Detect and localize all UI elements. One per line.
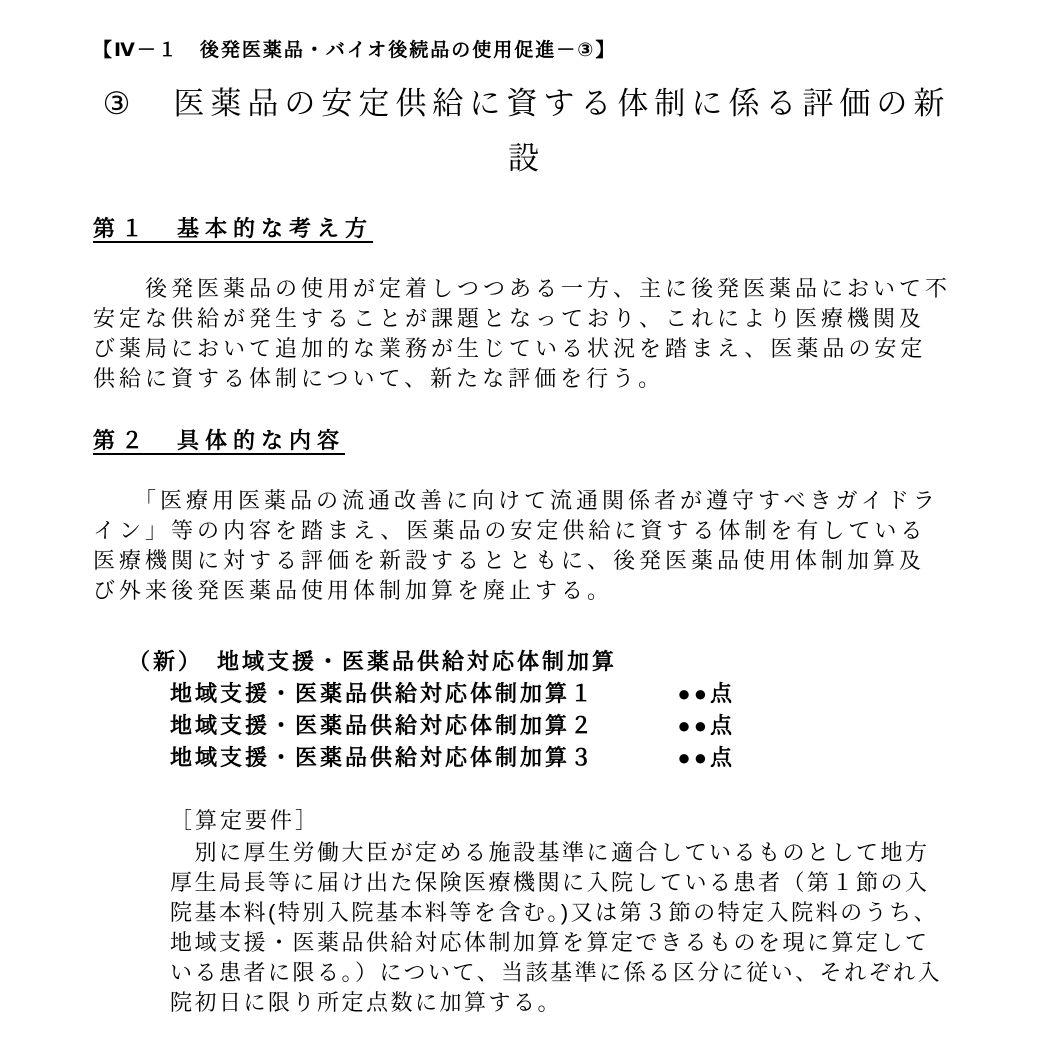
fee-item-row: 地域支援・医薬品供給対応体制加算２ ●●点	[170, 710, 735, 742]
section2-heading: 第２ 具体的な内容	[93, 426, 960, 456]
document-page: 【Ⅳ－１ 後発医薬品・バイオ後続品の使用促進－③】 ③ 医薬品の安定供給に資する…	[0, 0, 1048, 1044]
new-addition-block: （新） 地域支援・医薬品供給対応体制加算 地域支援・医薬品供給対応体制加算１ ●…	[93, 646, 960, 774]
fee-item-row: 地域支援・医薬品供給対応体制加算１ ●●点	[170, 678, 735, 710]
fee-item-points: ●●点	[677, 710, 735, 742]
section1-body: 後発医薬品の使用が定着しつつある一方、主に後発医薬品において不 安定な供給が発生…	[93, 274, 953, 394]
fee-item-name: 地域支援・医薬品供給対応体制加算３	[170, 742, 595, 774]
section1-heading: 第１ 基本的な考え方	[93, 214, 960, 244]
fee-item-name: 地域支援・医薬品供給対応体制加算１	[170, 678, 595, 710]
fee-list: 地域支援・医薬品供給対応体制加算１ ●●点 地域支援・医薬品供給対応体制加算２ …	[170, 678, 960, 774]
document-title: ③ 医薬品の安定供給に資する体制に係る評価の新 設	[93, 76, 960, 186]
fee-item-row: 地域支援・医薬品供給対応体制加算３ ●●点	[170, 742, 735, 774]
calculation-requirements-heading: ［算定要件］	[170, 804, 960, 838]
section2-body: 「医療用医薬品の流通改善に向けて流通関係者が遵守すべきガイドラ イン」等の内容を…	[93, 486, 953, 606]
fee-item-points: ●●点	[677, 742, 735, 774]
calculation-requirements-body: 別に厚生労働大臣が定める施設基準に適合しているものとして地方 厚生局長等に届け出…	[170, 838, 980, 1018]
document-classification-tag: 【Ⅳ－１ 後発医薬品・バイオ後続品の使用促進－③】	[93, 38, 960, 64]
fee-item-name: 地域支援・医薬品供給対応体制加算２	[170, 710, 595, 742]
fee-item-points: ●●点	[677, 678, 735, 710]
new-addition-title: （新） 地域支援・医薬品供給対応体制加算	[128, 646, 960, 678]
calculation-requirements-block: ［算定要件］ 別に厚生労働大臣が定める施設基準に適合しているものとして地方 厚生…	[170, 804, 960, 1018]
